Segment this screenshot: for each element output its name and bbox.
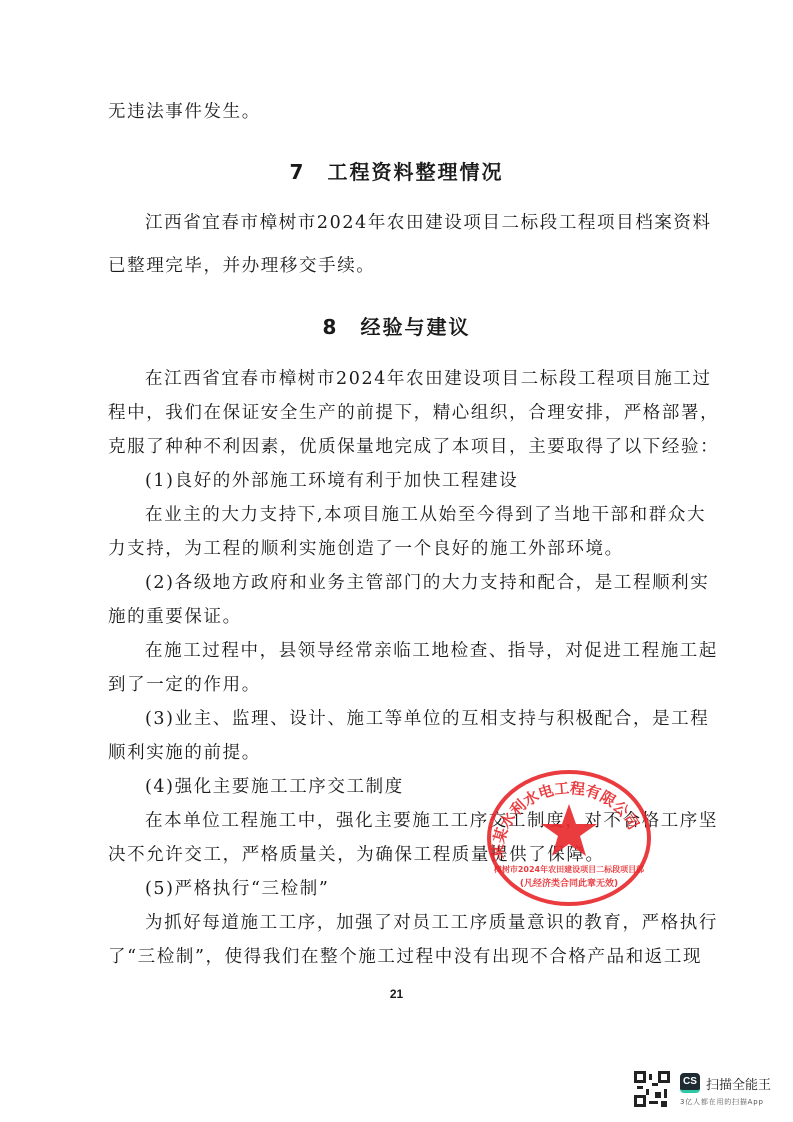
text-line: 在业主的大力支持下,本项目施工从始至今得到了当地干部和群众大: [145, 505, 706, 525]
text-line: 江西省宜春市樟树市2024年农田建设项目二标段工程项目档案资料: [145, 213, 712, 233]
text-line: 顺利实施的前提。: [108, 743, 261, 763]
text-line: (3)业主、监理、设计、施工等单位的互相支持与积极配合，是工程: [145, 709, 709, 729]
text-line: (1)良好的外部施工环境有利于加快工程建设: [145, 471, 518, 491]
text-line: 无违法事件发生。: [108, 102, 261, 122]
stamp-inner-line2: (凡经济类合同此章无效): [520, 877, 618, 889]
text-line: 施的重要保证。: [108, 607, 242, 627]
star-icon: [541, 804, 597, 856]
qr-code-icon: [634, 1071, 670, 1107]
text-line: 已整理完毕，并办理移交手续。: [108, 256, 375, 276]
text-line: (2)各级地方政府和业务主管部门的大力支持和配合，是工程顺利实: [145, 573, 709, 593]
text-line: 为抓好每道施工工序，加强了对员工工序质量意识的教育，严格执行: [145, 913, 718, 933]
page-number: 21: [0, 987, 793, 1001]
brand-name: 扫描全能王: [706, 1074, 771, 1093]
text-line: 在江西省宜春市樟树市2024年农田建设项目二标段工程项目施工过: [145, 369, 712, 389]
section-heading-7: 7工程资料整理情况: [0, 156, 793, 185]
section-title: 经验与建议: [360, 315, 470, 339]
company-seal-stamp: 某某水利水电工程有限公司 樟树市2024年农田建设项目二标段项目部 (凡经济类合…: [483, 768, 651, 906]
text-line: 到了一定的作用。: [108, 675, 261, 695]
text-line: 力支持，为工程的顺利实施创造了一个良好的施工外部环境。: [108, 539, 624, 559]
camscanner-logo-icon: CS: [680, 1073, 700, 1093]
text-line: (5)严格执行“三检制”: [145, 879, 329, 899]
section-number: 7: [290, 160, 306, 184]
section-number: 8: [323, 315, 339, 339]
text-line: 克服了种种不利因素，优质保量地完成了本项目，主要取得了以下经验：: [108, 437, 719, 457]
text-line: (4)强化主要施工工序交工制度: [145, 777, 404, 797]
text-line: 了“三检制”，使得我们在整个施工过程中没有出现不合格产品和返工现: [108, 947, 702, 967]
text-line: 程中，我们在保证安全生产的前提下，精心组织，合理安排，严格部署，: [108, 403, 719, 423]
scanner-watermark: CS 扫描全能王 3亿人都在用的扫描App: [634, 1071, 784, 1111]
section-heading-8: 8经验与建议: [0, 311, 793, 340]
brand-tagline: 3亿人都在用的扫描App: [680, 1097, 764, 1107]
section-title: 工程资料整理情况: [327, 160, 503, 184]
text-line: 在施工过程中，县领导经常亲临工地检查、指导，对促进工程施工起: [145, 641, 718, 661]
stamp-inner-line1: 樟树市2024年农田建设项目二标段项目部: [494, 864, 644, 874]
